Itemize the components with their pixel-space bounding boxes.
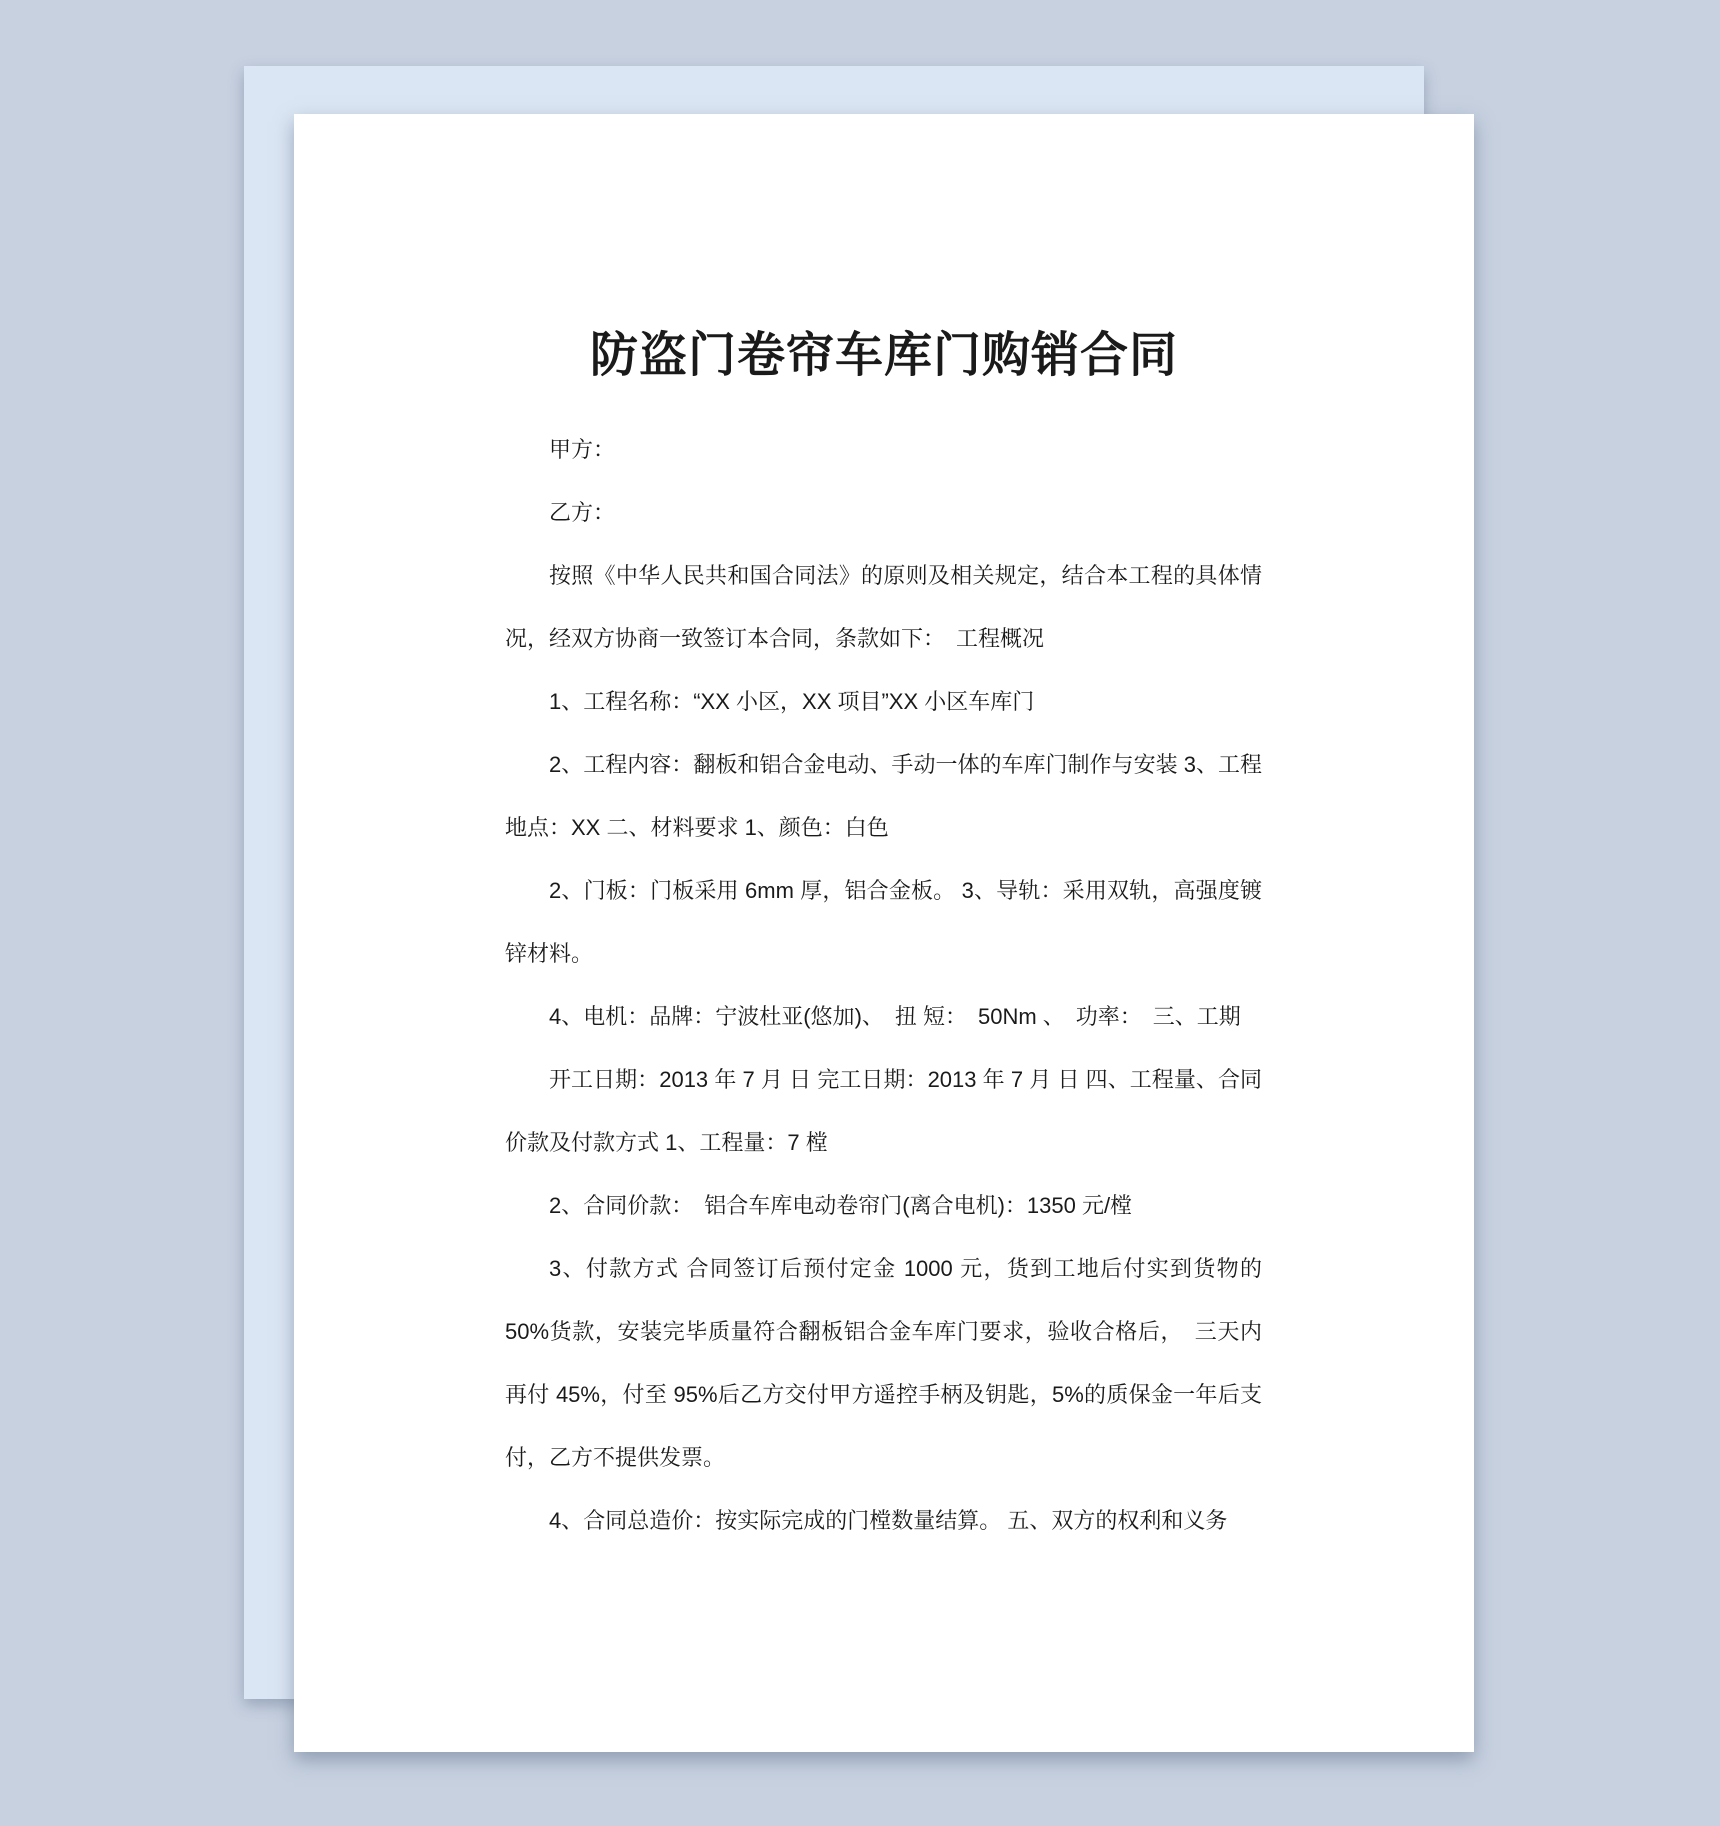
paragraph: 2、合同价款： 铝合车库电动卷帘门(离合电机)：1350 元/樘	[505, 1174, 1262, 1237]
paragraph: 开工日期：2013 年 7 月 日 完工日期：2013 年 7 月 日 四、工程…	[505, 1048, 1262, 1174]
paragraph: 2、工程内容：翻板和铝合金电动、手动一体的车库门制作与安装 3、工程地点：XX …	[505, 733, 1262, 859]
paragraph: 3、付款方式 合同签订后预付定金 1000 元，货到工地后付实到货物的 50%货…	[505, 1237, 1262, 1489]
paragraph: 乙方：	[505, 481, 1262, 544]
paragraph: 4、电机：品牌：宁波杜亚(悠加)、 扭 短： 50Nm 、 功率： 三、工期	[505, 985, 1262, 1048]
paragraph: 按照《中华人民共和国合同法》的原则及相关规定，结合本工程的具体情况，经双方协商一…	[505, 544, 1262, 670]
desktop-background: 防盗门卷帘车库门购销合同 甲方：乙方：按照《中华人民共和国合同法》的原则及相关规…	[0, 0, 1720, 1826]
paragraph: 1、工程名称：“XX 小区，XX 项目”XX 小区车库门	[505, 670, 1262, 733]
paragraph: 4、合同总造价：按实际完成的门樘数量结算。 五、双方的权利和义务	[505, 1489, 1262, 1552]
document-body: 甲方：乙方：按照《中华人民共和国合同法》的原则及相关规定，结合本工程的具体情况，…	[505, 418, 1262, 1552]
paragraph: 2、门板：门板采用 6mm 厚，铝合金板。 3、导轨：采用双轨，高强度镀锌材料。	[505, 859, 1262, 985]
document-title: 防盗门卷帘车库门购销合同	[294, 324, 1474, 388]
paragraph: 甲方：	[505, 418, 1262, 481]
document-page: 防盗门卷帘车库门购销合同 甲方：乙方：按照《中华人民共和国合同法》的原则及相关规…	[294, 114, 1474, 1752]
